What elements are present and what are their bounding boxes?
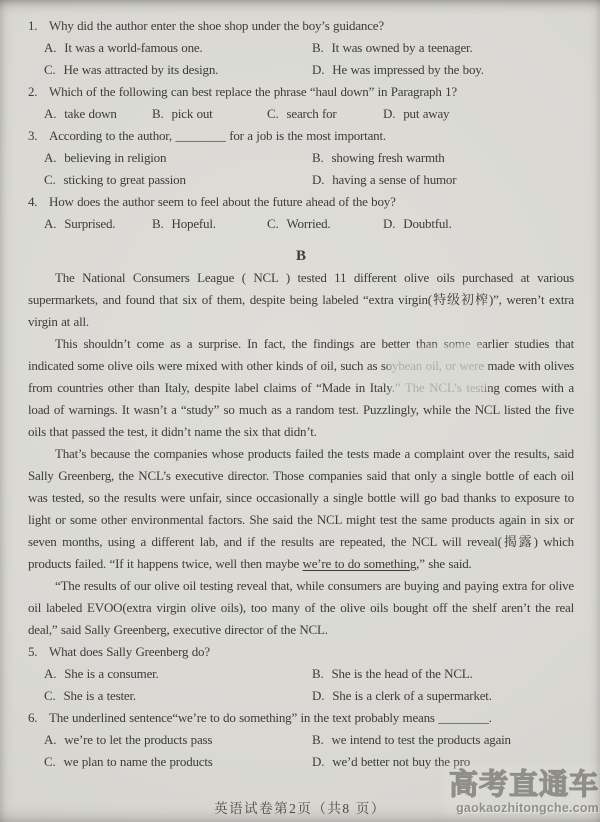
question-1: 1. Why did the author enter the shoe sho… — [28, 15, 574, 37]
option-d: D.put away — [383, 103, 574, 125]
option-label: B. — [312, 147, 324, 169]
question-text: According to the author, ________ for a … — [49, 125, 574, 147]
option-label: D. — [312, 169, 324, 191]
option-text: sticking to great passion — [64, 169, 186, 191]
option-c: C.search for — [267, 103, 383, 125]
option-b: B.She is the head of the NCL. — [312, 663, 574, 685]
option-text: Worried. — [287, 213, 331, 235]
option-a: A.take down — [44, 103, 152, 125]
option-text: Surprised. — [64, 213, 115, 235]
option-label: A. — [44, 213, 56, 235]
passage-paragraph-1: The National Consumers League ( NCL ) te… — [28, 267, 574, 333]
question-number: 2. — [28, 81, 49, 103]
option-c: C.Worried. — [267, 213, 383, 235]
option-d: D.She is a clerk of a supermarket. — [312, 685, 574, 707]
question-1-options-row-2: C.He was attracted by its design. D.He w… — [28, 59, 574, 81]
option-text: search for — [287, 103, 337, 125]
option-label: D. — [383, 213, 395, 235]
option-b: B.Hopeful. — [152, 213, 267, 235]
question-text: The underlined sentence“we’re to do some… — [49, 707, 574, 729]
option-text: take down — [64, 103, 116, 125]
option-text: He was impressed by the boy. — [332, 59, 484, 81]
question-text: How does the author seem to feel about t… — [49, 191, 574, 213]
question-number: 6. — [28, 707, 49, 729]
question-3: 3. According to the author, ________ for… — [28, 125, 574, 147]
question-number: 5. — [28, 641, 49, 663]
question-5-options-row-2: C.She is a tester. D.She is a clerk of a… — [28, 685, 574, 707]
underlined-phrase: we’re to do something — [303, 556, 417, 571]
option-c: C.we plan to name the products — [44, 751, 312, 773]
question-2-options-row: A.take down B.pick out C.search for D.pu… — [28, 103, 574, 125]
option-text: put away — [403, 103, 449, 125]
option-label: A. — [44, 37, 56, 59]
option-label: D. — [312, 685, 324, 707]
option-a: A.It was a world-famous one. — [44, 37, 312, 59]
question-3-options-row-2: C.sticking to great passion D.having a s… — [28, 169, 574, 191]
paragraph-3-pre: That’s because the companies whose produ… — [28, 446, 574, 571]
option-d: D.having a sense of humor — [312, 169, 574, 191]
option-text: She is a consumer. — [64, 663, 158, 685]
passage-paragraph-3: That’s because the companies whose produ… — [28, 443, 574, 575]
exam-page: 1. Why did the author enter the shoe sho… — [0, 0, 600, 822]
question-6: 6. The underlined sentence“we’re to do s… — [28, 707, 574, 729]
question-4: 4. How does the author seem to feel abou… — [28, 191, 574, 213]
question-number: 3. — [28, 125, 49, 147]
option-label: B. — [312, 37, 324, 59]
passage-paragraph-2: This shouldn’t come as a surprise. In fa… — [28, 333, 574, 443]
question-number: 1. — [28, 15, 49, 37]
option-label: D. — [312, 751, 324, 773]
question-number: 4. — [28, 191, 49, 213]
option-label: C. — [44, 169, 56, 191]
paragraph-3-post: ,” she said. — [416, 556, 471, 571]
option-label: B. — [152, 213, 164, 235]
option-b: B.we intend to test the products again — [312, 729, 574, 751]
option-text: we’re to let the products pass — [64, 729, 212, 751]
option-label: A. — [44, 103, 56, 125]
option-c: C.He was attracted by its design. — [44, 59, 312, 81]
question-text: What does Sally Greenberg do? — [49, 641, 574, 663]
option-d: D.He was impressed by the boy. — [312, 59, 574, 81]
question-5: 5. What does Sally Greenberg do? — [28, 641, 574, 663]
option-text: It was a world-famous one. — [64, 37, 202, 59]
option-text: having a sense of humor — [332, 169, 456, 191]
option-a: A.believing in religion — [44, 147, 312, 169]
option-label: B. — [312, 663, 324, 685]
passage-section-heading: B — [28, 245, 574, 267]
question-6-options-row-1: A.we’re to let the products pass B.we in… — [28, 729, 574, 751]
option-label: C. — [44, 685, 56, 707]
option-text: Doubtful. — [403, 213, 451, 235]
option-c: C.She is a tester. — [44, 685, 312, 707]
option-a: A.Surprised. — [44, 213, 152, 235]
exam-content: 1. Why did the author enter the shoe sho… — [28, 15, 574, 773]
option-b: B.pick out — [152, 103, 267, 125]
option-text: we intend to test the products again — [332, 729, 511, 751]
watermark-domain: gaokaozhitongche.com — [449, 801, 599, 815]
option-label: C. — [267, 103, 279, 125]
question-2: 2. Which of the following can best repla… — [28, 81, 574, 103]
watermark: 高考直通车 gaokaozhitongche.com — [449, 771, 599, 815]
option-text: believing in religion — [64, 147, 166, 169]
question-1-options-row-1: A.It was a world-famous one. B.It was ow… — [28, 37, 574, 59]
option-a: A.She is a consumer. — [44, 663, 312, 685]
option-label: C. — [267, 213, 279, 235]
option-label: D. — [312, 59, 324, 81]
option-text: pick out — [172, 103, 213, 125]
option-c: C.sticking to great passion — [44, 169, 312, 191]
option-b: B.showing fresh warmth — [312, 147, 574, 169]
option-text: He was attracted by its design. — [64, 59, 219, 81]
question-text: Which of the following can best replace … — [49, 81, 574, 103]
passage-paragraph-4: “The results of our olive oil testing re… — [28, 575, 574, 641]
option-text: She is a tester. — [64, 685, 136, 707]
option-text: showing fresh warmth — [332, 147, 445, 169]
watermark-title: 高考直通车 — [449, 771, 599, 800]
option-text: Hopeful. — [172, 213, 216, 235]
option-a: A.we’re to let the products pass — [44, 729, 312, 751]
option-text: She is the head of the NCL. — [332, 663, 473, 685]
question-3-options-row-1: A.believing in religion B.showing fresh … — [28, 147, 574, 169]
option-label: C. — [44, 59, 56, 81]
option-text: She is a clerk of a supermarket. — [332, 685, 492, 707]
option-label: B. — [312, 729, 324, 751]
option-label: A. — [44, 663, 56, 685]
option-b: B.It was owned by a teenager. — [312, 37, 574, 59]
option-label: C. — [44, 751, 56, 773]
question-5-options-row-1: A.She is a consumer. B.She is the head o… — [28, 663, 574, 685]
question-4-options-row: A.Surprised. B.Hopeful. C.Worried. D.Dou… — [28, 213, 574, 235]
option-d: D.Doubtful. — [383, 213, 574, 235]
option-label: B. — [152, 103, 164, 125]
option-text: It was owned by a teenager. — [332, 37, 473, 59]
option-label: D. — [383, 103, 395, 125]
option-text: we plan to name the products — [64, 751, 213, 773]
option-label: A. — [44, 147, 56, 169]
option-label: A. — [44, 729, 56, 751]
question-text: Why did the author enter the shoe shop u… — [49, 15, 574, 37]
